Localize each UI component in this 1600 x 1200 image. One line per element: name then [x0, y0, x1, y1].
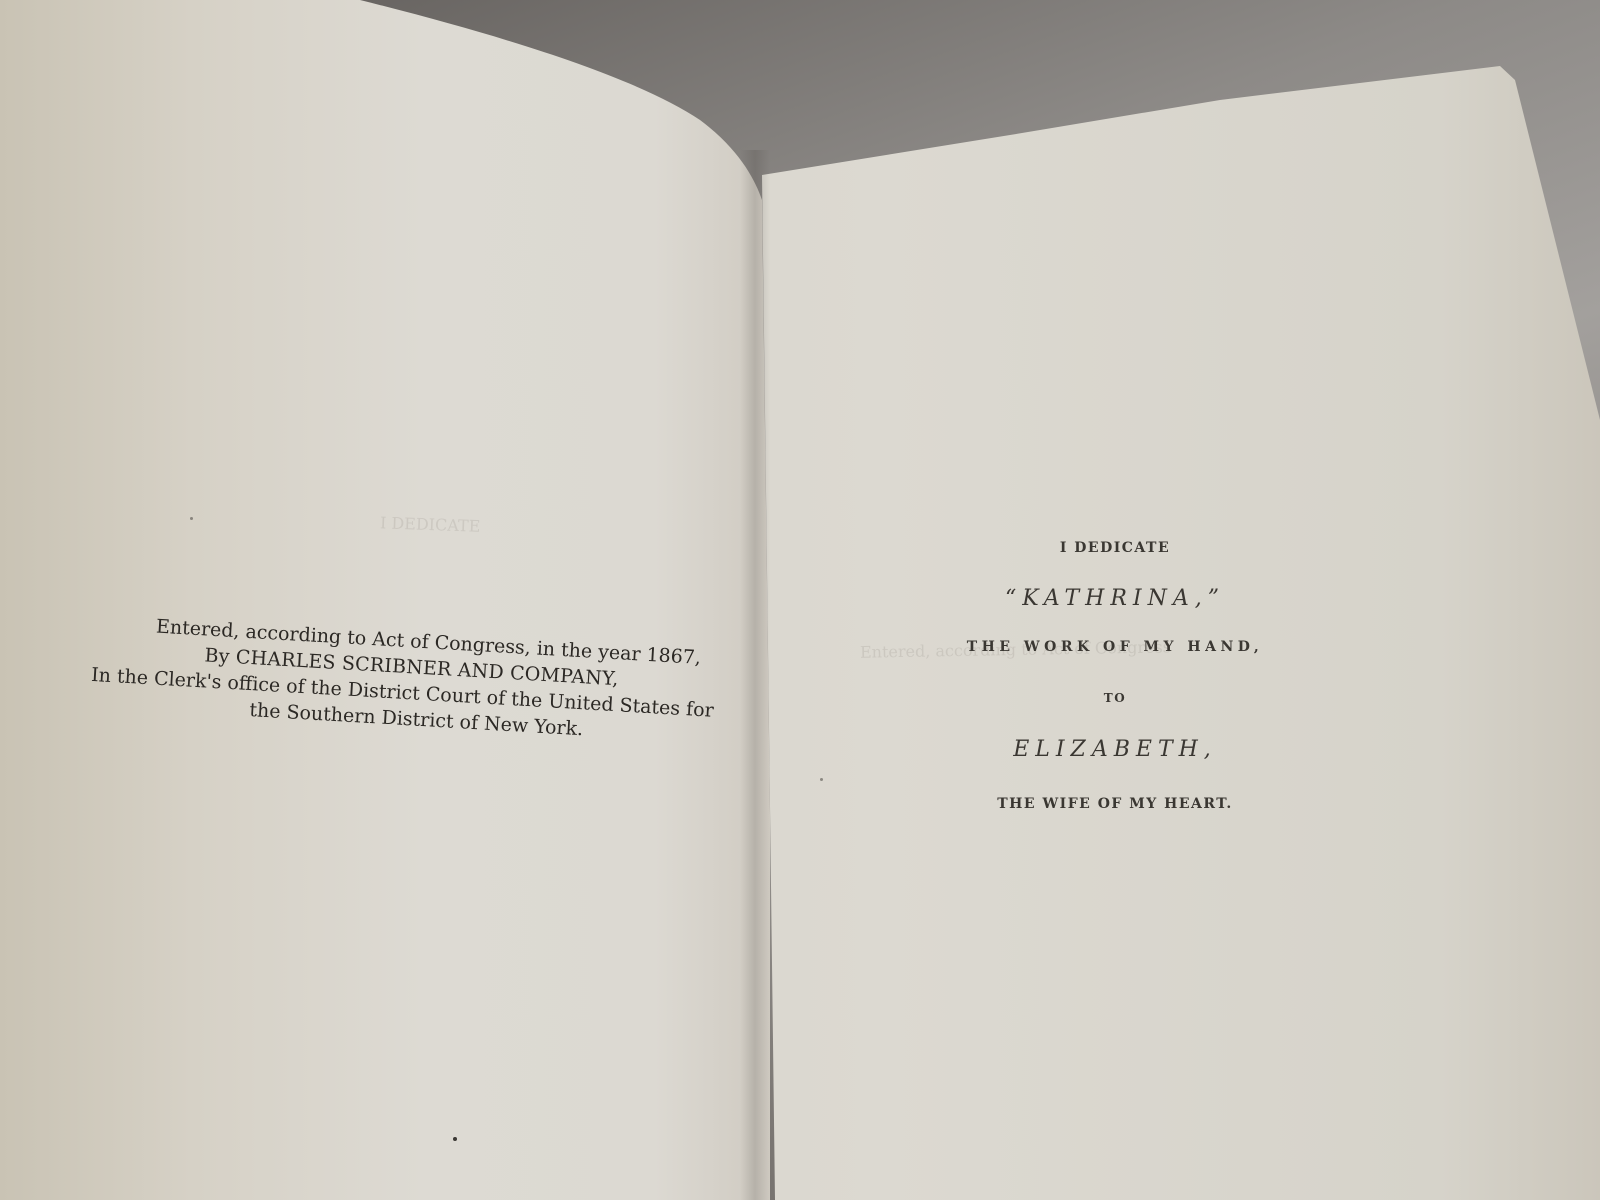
book-photo: I DEDICATE Entered, according to Act of …: [0, 0, 1600, 1200]
paper-speck: [190, 517, 193, 520]
dedication-line: THE WORK OF MY HAND,: [930, 639, 1300, 655]
book-gutter: [740, 150, 770, 1200]
dedication-title-kathrina: “KATHRINA,”: [930, 586, 1300, 611]
show-through-text: I DEDICATE: [380, 513, 481, 535]
paper-speck: [453, 1137, 457, 1141]
dedication: I DEDICATE “KATHRINA,” THE WORK OF MY HA…: [930, 540, 1300, 812]
paper-speck: [820, 778, 823, 781]
dedication-line: I DEDICATE: [930, 540, 1300, 556]
left-page: [0, 0, 770, 1200]
dedication-name-elizabeth: ELIZABETH,: [930, 737, 1300, 762]
dedication-line: THE WIFE OF MY HEART.: [930, 796, 1300, 812]
dedication-line: TO: [930, 691, 1300, 705]
